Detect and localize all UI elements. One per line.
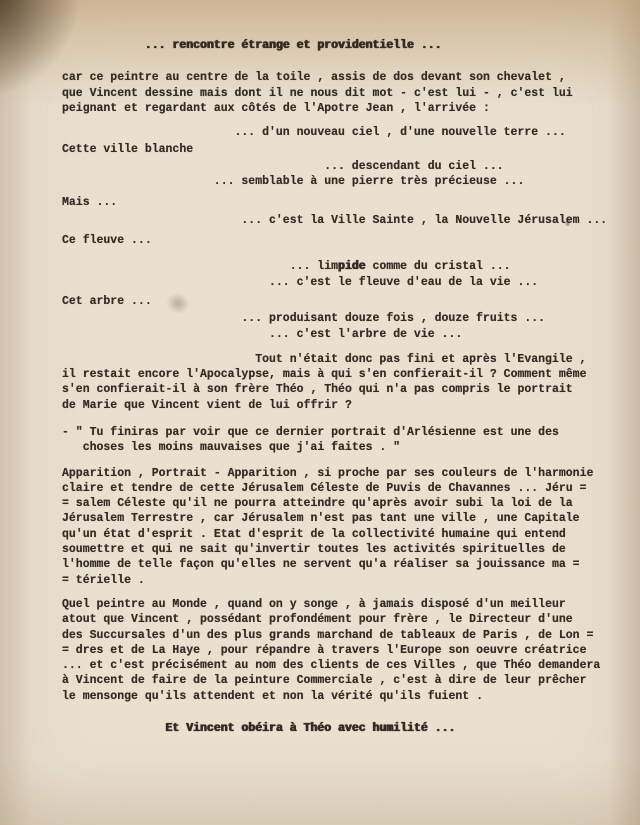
text-line: ... c'est le fleuve d'eau de la vie ...	[62, 275, 614, 290]
text-line: = salem Céleste qu'il ne pourra atteindr…	[62, 496, 614, 511]
text-line: le mensonge qu'ils attendent et non la v…	[62, 689, 614, 704]
text-line: Jérusalem Terrestre , car Jérusalem n'es…	[62, 511, 614, 526]
text-line: Quel peintre au Monde , quand on y songe…	[62, 597, 614, 612]
text-line: à Vincent de faire de la peinture Commer…	[62, 673, 614, 688]
text-line: Et Vincent obéira à Théo avec humilité .…	[62, 721, 614, 736]
text-line: il restait encore l'Apocalypse, mais à q…	[62, 367, 614, 382]
text-line: peignant et regardant aux côtés de l'Apo…	[62, 101, 614, 116]
text-line: qu'un état d'esprit . Etat d'esprit de l…	[62, 527, 614, 542]
text-line: claire et tendre de cette Jérusalem Céle…	[62, 481, 614, 496]
text-line: Mais ...	[62, 195, 614, 210]
text-line: s'en confierait-il à son frère Théo , Th…	[62, 382, 614, 397]
typed-text-block: ... rencontre étrange et providentielle …	[62, 38, 614, 736]
text-line: - " Tu finiras par voir que ce dernier p…	[62, 425, 614, 440]
paper-page: ... rencontre étrange et providentielle …	[0, 0, 640, 825]
text-segment: ... lim	[290, 260, 338, 273]
text-line: soumettre et qui ne sait qu'invertir tou…	[62, 542, 614, 557]
text-line: des Succursales d'un des plus grands mar…	[62, 628, 614, 643]
text-line: ... et c'est précisément au nom des clie…	[62, 658, 614, 673]
text-line: Ce fleuve ...	[62, 233, 614, 248]
text-line: ... d'un nouveau ciel , d'une nouvelle t…	[62, 125, 614, 140]
text-line: atout que Vincent , possédant profondéme…	[62, 612, 614, 627]
text-line: ... semblable à une pierre très précieus…	[62, 174, 614, 189]
text-line: ... c'est la Ville Sainte , la Nouvelle …	[62, 213, 614, 228]
text-line: ... produisant douze fois , douze fruits…	[62, 311, 614, 326]
text-line: ... rencontre étrange et providentielle …	[62, 38, 614, 53]
text-line: Cette ville blanche	[62, 142, 614, 157]
text-line: l'homme de telle façon qu'elles ne serve…	[62, 557, 614, 572]
text-line: = térielle .	[62, 573, 614, 588]
text-line: = dres et de La Haye , pour répandre à t…	[62, 643, 614, 658]
text-line: Apparition , Portrait - Apparition , si …	[62, 466, 614, 481]
text-segment: comme du cristal ...	[366, 260, 511, 273]
text-line: ... c'est l'arbre de vie ...	[62, 327, 614, 342]
text-line: Cet arbre ...	[62, 294, 614, 309]
text-line: choses les moins mauvaises que j'ai fait…	[62, 440, 614, 455]
text-line: ... limpide comme du cristal ...	[62, 259, 614, 274]
text-line: ... descendant du ciel ...	[62, 159, 614, 174]
text-line: Tout n'était donc pas fini et après l'Ev…	[62, 352, 614, 367]
text-line: que Vincent dessine mais dont il ne nous…	[62, 86, 614, 101]
text-line: car ce peintre au centre de la toile , a…	[62, 70, 614, 85]
overstruck-text: pide	[338, 260, 366, 273]
text-line: de Marie que Vincent vient de lui offrir…	[62, 398, 614, 413]
